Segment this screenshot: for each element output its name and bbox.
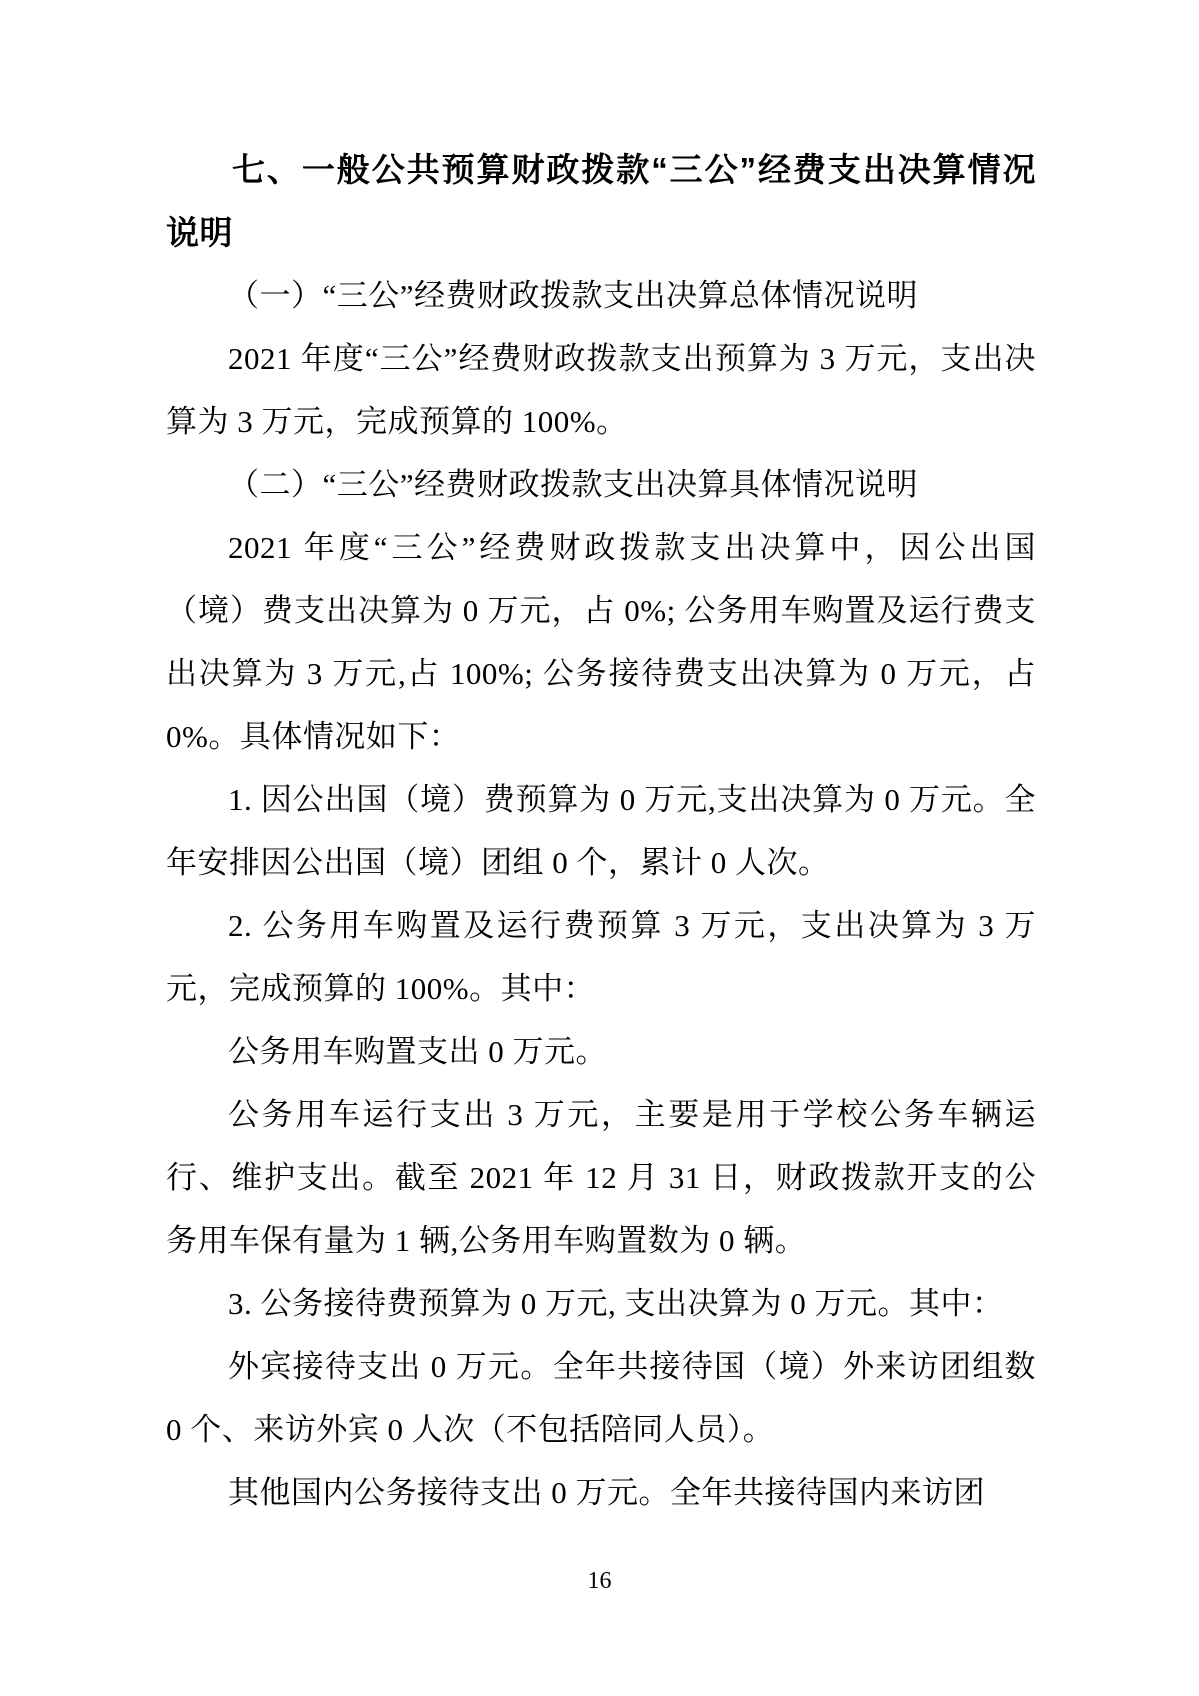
page-number: 16 — [0, 1566, 1199, 1596]
paragraph-vehicle-purchase: 公务用车购置支出 0 万元。 — [166, 1020, 1036, 1083]
paragraph-detail-summary: 2021 年度“三公”经费财政拨款支出决算中，因公出国（境）费支出决算为 0 万… — [166, 516, 1036, 768]
subsection-heading-1: （一）“三公”经费财政拨款支出决算总体情况说明 — [166, 264, 1036, 327]
paragraph-overall-summary: 2021 年度“三公”经费财政拨款支出预算为 3 万元，支出决算为 3 万元，完… — [166, 327, 1036, 453]
paragraph-domestic-reception: 其他国内公务接待支出 0 万元。全年共接待国内来访团 — [166, 1461, 1036, 1524]
document-body: 七、一般公共预算财政拨款“三公”经费支出决算情况说明 （一）“三公”经费财政拨款… — [166, 138, 1036, 1524]
paragraph-vehicle-operation: 公务用车运行支出 3 万元，主要是用于学校公务车辆运行、维护支出。截至 2021… — [166, 1083, 1036, 1272]
paragraph-item3-reception: 3. 公务接待费预算为 0 万元, 支出决算为 0 万元。其中： — [166, 1272, 1036, 1335]
subsection-heading-2: （二）“三公”经费财政拨款支出决算具体情况说明 — [166, 453, 1036, 516]
document-page: 七、一般公共预算财政拨款“三公”经费支出决算情况说明 （一）“三公”经费财政拨款… — [0, 0, 1199, 1696]
paragraph-foreign-reception: 外宾接待支出 0 万元。全年共接待国（境）外来访团组数 0 个、来访外宾 0 人… — [166, 1335, 1036, 1461]
section-heading: 七、一般公共预算财政拨款“三公”经费支出决算情况说明 — [166, 138, 1036, 264]
paragraph-item2-vehicle: 2. 公务用车购置及运行费预算 3 万元，支出决算为 3 万元，完成预算的 10… — [166, 894, 1036, 1020]
paragraph-item1-abroad: 1. 因公出国（境）费预算为 0 万元,支出决算为 0 万元。全年安排因公出国（… — [166, 768, 1036, 894]
